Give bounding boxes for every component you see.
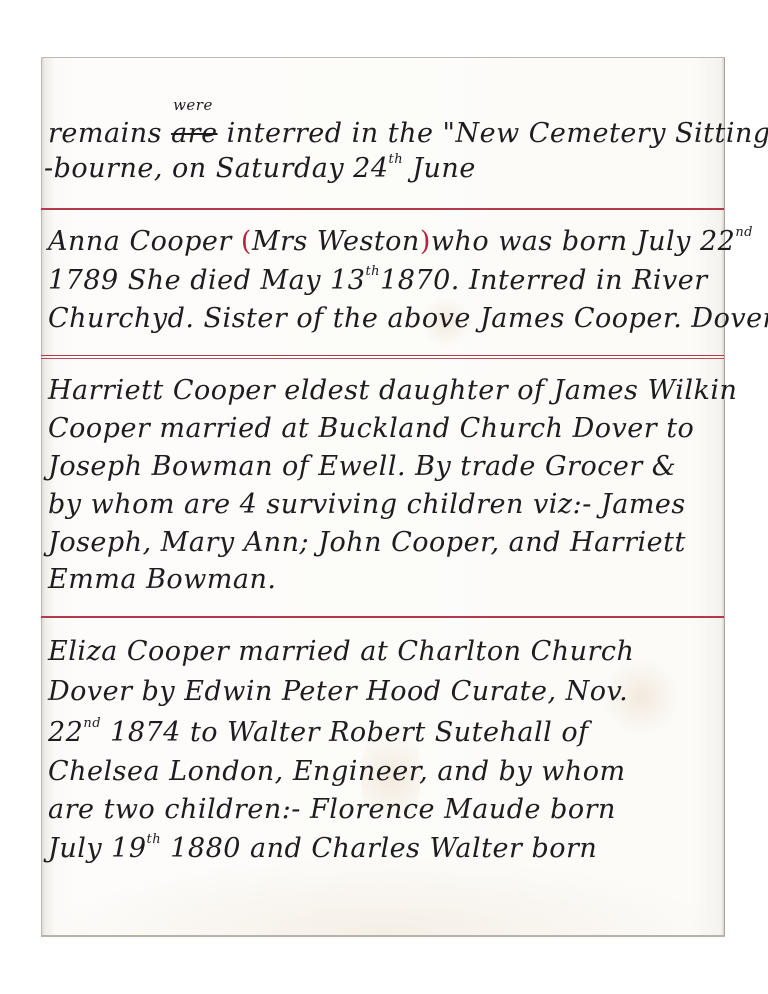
line-text: 1874 to Walter Robert Sutehall of [101,717,589,748]
text-line: Joseph, Mary Ann; John Cooper, and Harri… [48,527,686,558]
line-text: are two children:- Florence Maude born [48,794,616,825]
superscript: th [365,264,380,279]
line-text: Cooper married at Buckland Church Dover … [48,413,694,444]
line-text: June [403,153,476,184]
superscript: th [147,832,162,847]
superscript: nd [735,225,753,240]
text-line: are two children:- Florence Maude born [48,794,616,825]
text-line: 1789 She died May 13th1870. Interred in … [48,264,708,296]
line-text: Eliza Cooper married at Charlton Church [48,636,634,667]
text-line: Eliza Cooper married at Charlton Church [48,636,634,667]
text-line: July 19th 1880 and Charles Walter born [48,832,597,864]
line-text: Anna Cooper [48,226,241,257]
line-text: Dover by Edwin Peter Hood Curate, Nov. [48,676,628,707]
line-text: Emma Bowman. [48,564,276,595]
struck-word: are [171,118,217,149]
line-text: Harriett Cooper eldest daughter of James… [48,375,737,406]
text-line: by whom are 4 surviving children viz:- J… [48,489,686,520]
text-line: Dover by Edwin Peter Hood Curate, Nov. [48,676,628,707]
line-text: by whom are 4 surviving children viz:- J… [48,489,686,520]
line-text: Churchyd. Sister of the above James Coop… [48,303,768,334]
red-divider [41,616,724,618]
line-text: Joseph, Mary Ann; John Cooper, and Harri… [48,527,686,558]
red-parenthesis: ) [420,226,431,257]
line-text: Chelsea London, Engineer, and by whom [48,756,626,787]
line-text: -bourne, on Saturday 24 [44,153,389,184]
correction: arewere [171,118,217,149]
text-line: remains arewere interred in the "New Cem… [48,118,768,149]
text-line: Emma Bowman. [48,564,276,595]
line-text: remains [48,118,171,149]
text-line: Anna Cooper (Mrs Weston)who was born Jul… [48,225,753,257]
line-text: Joseph Bowman of Ewell. By trade Grocer … [48,451,676,482]
line-text: 1789 She died May 13 [48,265,365,296]
line-text: Mrs Weston [252,226,420,257]
text-line: Chelsea London, Engineer, and by whom [48,756,626,787]
text-line: Churchyd. Sister of the above James Coop… [48,303,768,334]
line-text: who was born July 22 [431,226,735,257]
red-double-divider [41,355,724,356]
inserted-word: were [173,96,213,114]
line-text: interred in the "New Cemetery Sitting [218,118,768,149]
text-line: -bourne, on Saturday 24th June [44,152,476,184]
text-line: Harriett Cooper eldest daughter of James… [48,375,737,406]
line-text: 1870. Interred in River [380,265,708,296]
line-text: 22 [48,717,83,748]
superscript: nd [83,716,101,731]
line-text: July 19 [48,833,147,864]
text-line: Cooper married at Buckland Church Dover … [48,413,694,444]
superscript: th [389,152,404,167]
text-line: 22nd 1874 to Walter Robert Sutehall of [48,716,589,748]
text-line: Joseph Bowman of Ewell. By trade Grocer … [48,451,676,482]
red-divider [41,208,724,210]
red-parenthesis: ( [241,226,252,257]
line-text: 1880 and Charles Walter born [161,833,597,864]
